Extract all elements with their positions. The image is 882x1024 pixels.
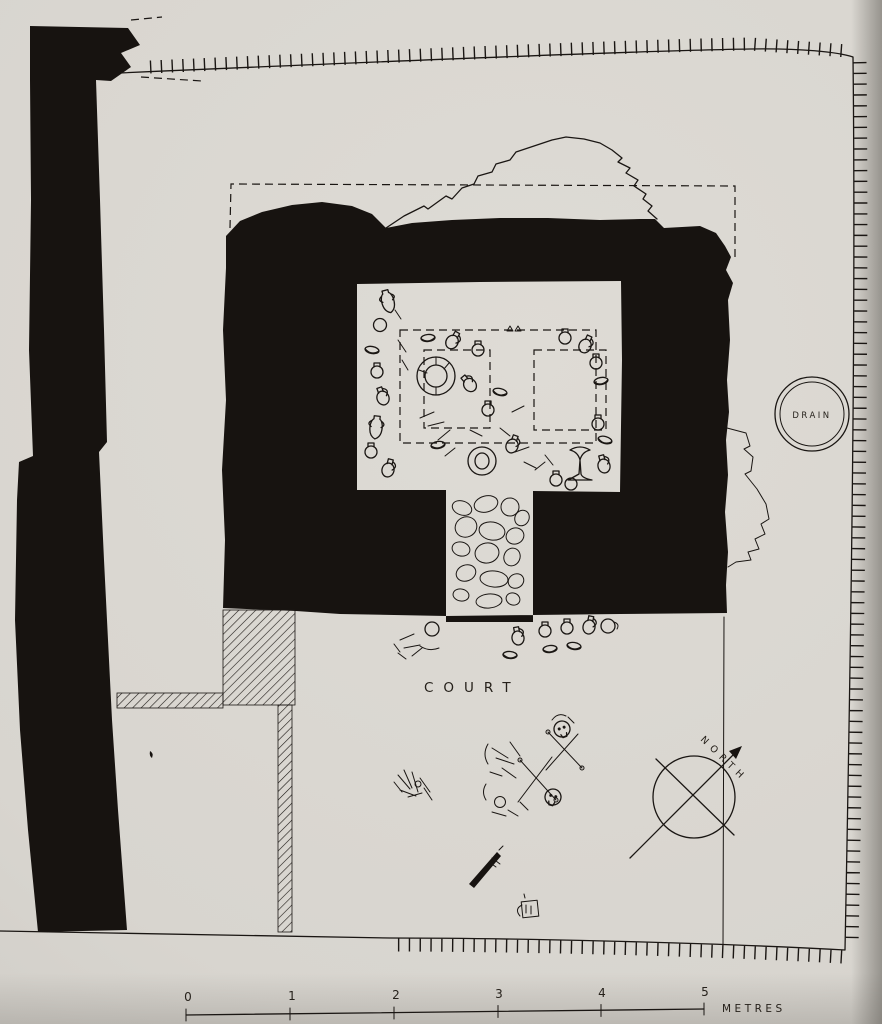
site-plan: DRAIN COURT: [0, 0, 882, 1024]
scale-tick-label-5: 5: [701, 985, 709, 999]
scale-unit-label: METRES: [722, 1003, 786, 1015]
drain: DRAIN: [775, 377, 849, 451]
wall-top-dashes: [131, 17, 162, 20]
scale-tick-label-4: 4: [598, 986, 606, 1000]
scale-tick-label-1: 1: [288, 989, 296, 1003]
scale-bar: 0 1 2 3 4 5 METRES: [184, 985, 786, 1021]
scale-tick-label-0: 0: [184, 990, 192, 1004]
court-finds-skulls-and-bones: [484, 715, 585, 816]
plan-drawing: DRAIN COURT: [0, 0, 882, 1024]
court-boundary-line: [723, 617, 724, 948]
boundary-ticks-top: [150, 44, 848, 67]
court-label: COURT: [424, 680, 521, 696]
ink-speck: [150, 751, 153, 758]
wall-continuation-dashes: [141, 77, 202, 81]
hatched-walls: [117, 610, 295, 932]
scale-tick-label-3: 3: [495, 987, 503, 1001]
scale-bar-line: [186, 1009, 704, 1015]
north-compass-icon: NORTH: [630, 734, 749, 858]
chamber-artifacts: [364, 288, 612, 490]
court-finds-bone-scatter: [394, 770, 432, 800]
entrance-blocking-stones: [450, 493, 532, 609]
tumulus-outline: [386, 137, 657, 228]
left-boundary-wall: [15, 17, 202, 932]
coffin-dashed-rectangles: [400, 330, 606, 443]
rubble-outline: [727, 428, 769, 567]
court-small-pot: [517, 894, 538, 918]
drain-label: DRAIN: [792, 411, 831, 421]
scale-tick-label-2: 2: [392, 988, 400, 1002]
dagger: [469, 846, 503, 888]
